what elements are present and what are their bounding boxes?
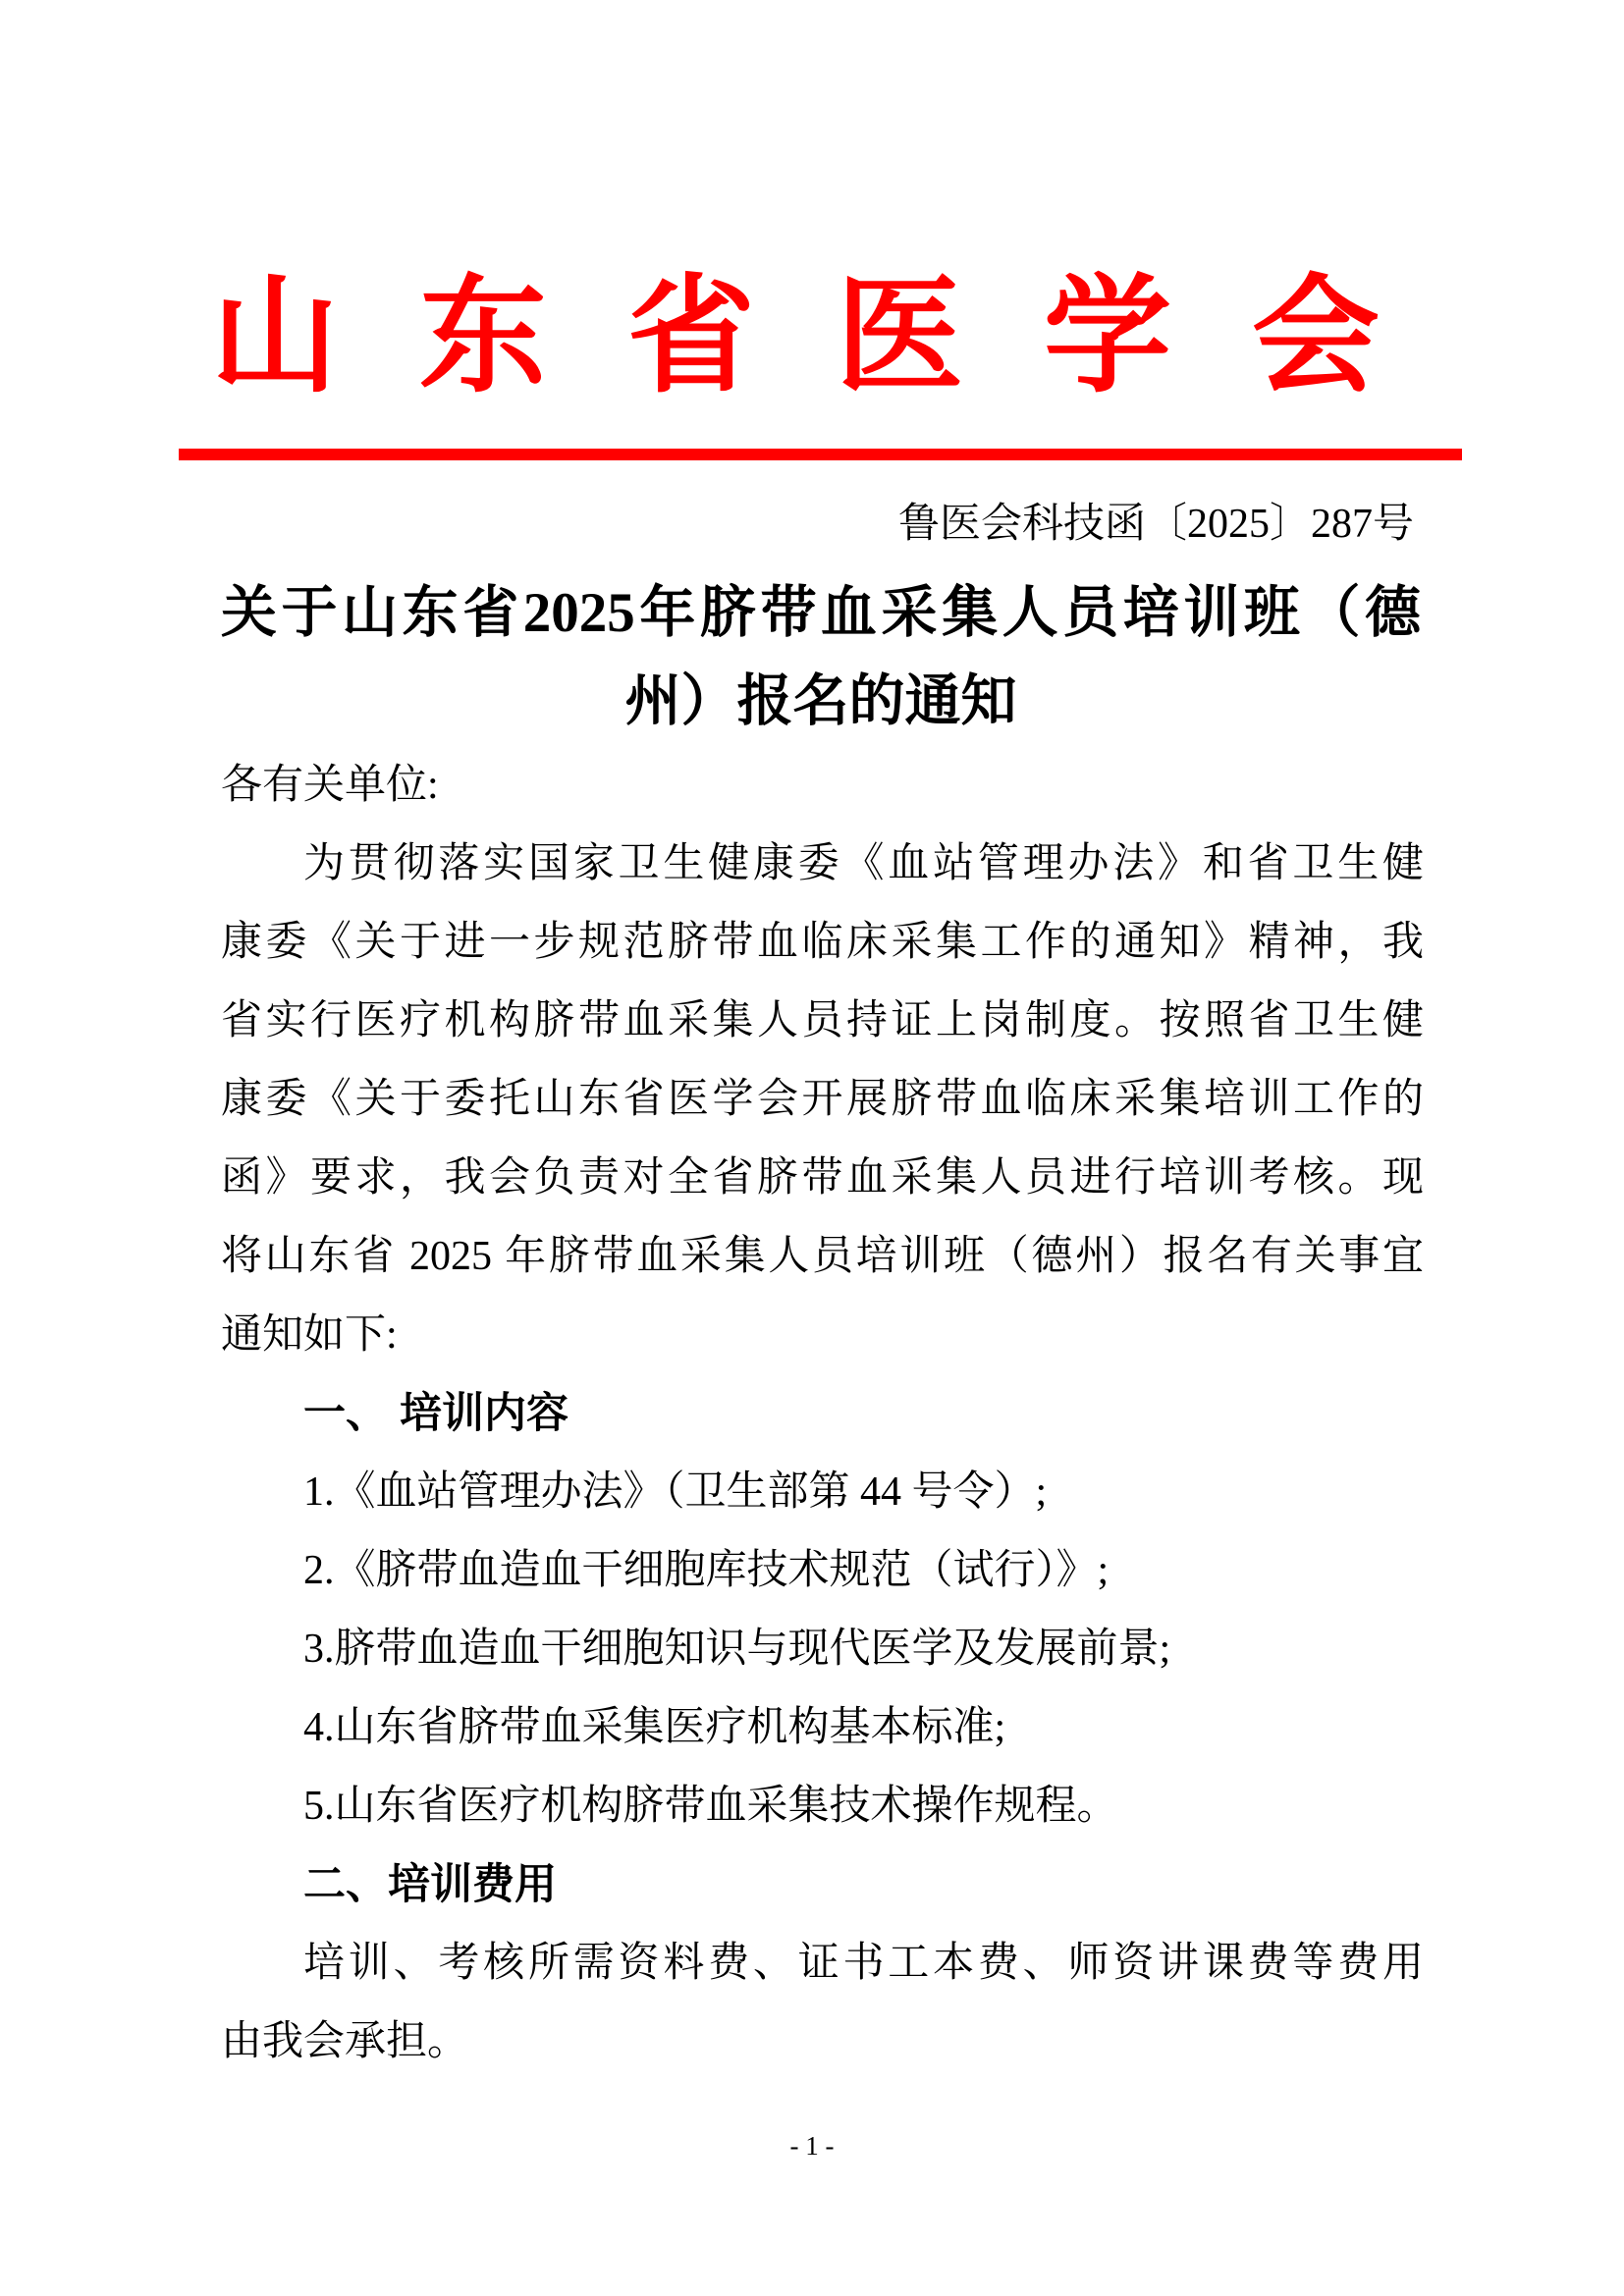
masthead-divider-rule	[179, 449, 1462, 460]
organization-masthead: 山 东 省 医 学 会	[211, 267, 1380, 409]
notice-title-line-1: 关于山东省2025年脐带血采集人员培训班（德	[221, 569, 1421, 658]
page-number: - 1 -	[0, 2130, 1624, 2162]
paragraph-line: 将山东省 2025 年脐带血采集人员培训班（德州）报名有关事宜	[221, 1217, 1424, 1296]
list-item: 5.山东省医疗机构脐带血采集技术操作规程。	[221, 1767, 1424, 1845]
section-heading-training-content: 一、 培训内容	[221, 1374, 1424, 1453]
list-item: 3.脐带血造血干细胞知识与现代医学及发展前景;	[221, 1610, 1424, 1688]
paragraph-line: 培训、考核所需资料费、证书工本费、师资讲课费等费用	[221, 1924, 1424, 2002]
section-heading-training-fee: 二、培训费用	[221, 1845, 1424, 1924]
notice-title: 关于山东省2025年脐带血采集人员培训班（德 州）报名的通知	[221, 569, 1421, 746]
paragraph-line: 通知如下:	[221, 1296, 1424, 1374]
paragraph-line: 省实行医疗机构脐带血采集人员持证上岗制度。按照省卫生健	[221, 982, 1424, 1060]
document-page: 山 东 省 医 学 会 鲁医会科技函〔2025〕287号 关于山东省2025年脐…	[0, 0, 1624, 2296]
paragraph-line: 函》要求，我会负责对全省脐带血采集人员进行培训考核。现	[221, 1139, 1424, 1217]
list-item: 1.《血站管理办法》（卫生部第 44 号令）;	[221, 1453, 1424, 1531]
notice-body: 各有关单位: 为贯彻落实国家卫生健康委《血站管理办法》和省卫生健 康委《关于进一…	[221, 746, 1424, 2081]
paragraph-line: 康委《关于委托山东省医学会开展脐带血临床采集培训工作的	[221, 1060, 1424, 1139]
paragraph-line: 康委《关于进一步规范脐带血临床采集工作的通知》精神，我	[221, 903, 1424, 982]
document-reference-number: 鲁医会科技函〔2025〕287号	[221, 499, 1414, 550]
list-item: 2.《脐带血造血干细胞库技术规范（试行）》;	[221, 1531, 1424, 1610]
list-item: 4.山东省脐带血采集医疗机构基本标准;	[221, 1688, 1424, 1767]
salutation: 各有关单位:	[221, 746, 1424, 825]
notice-title-line-2: 州）报名的通知	[221, 658, 1421, 746]
paragraph-line: 为贯彻落实国家卫生健康委《血站管理办法》和省卫生健	[221, 825, 1424, 903]
paragraph-line: 由我会承担。	[221, 2002, 1424, 2081]
